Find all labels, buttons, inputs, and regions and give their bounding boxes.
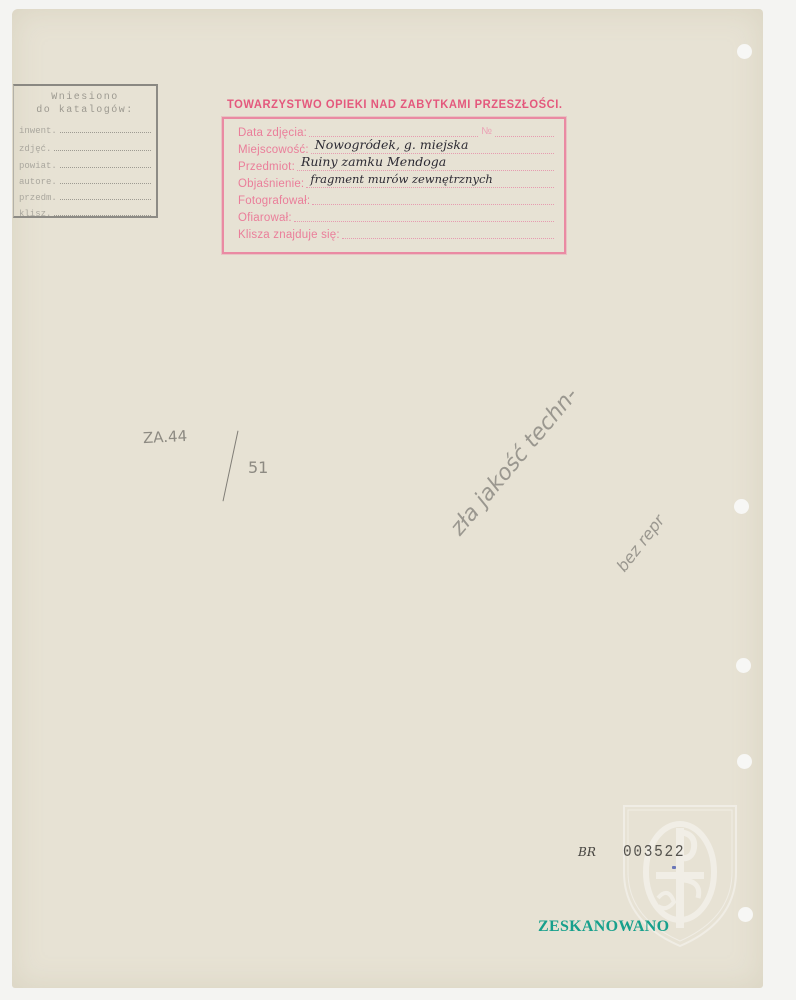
inventory-number: 003522 [623,843,685,862]
catalog-title-line1: Wniesiono [14,91,156,104]
dotted-line [60,183,151,184]
catalog-row-label: przedm. [19,193,57,203]
dotted-line [54,150,151,151]
field-label: Przedmiot: [238,161,295,173]
dotted-line [60,167,151,168]
society-stamp-form: Data zdjęcia: № Miejscowość: Nowogródek,… [222,117,566,254]
catalog-stamp-title: Wniesiono do katalogów: [14,91,156,117]
field-subject: Przedmiot: Ruiny zamku Mendoga [238,157,554,173]
catalog-title-line2: do katalogów: [14,104,156,117]
catalog-row: powiat. [19,159,151,171]
catalog-row-label: inwent. [19,126,57,136]
field-value: Nowogródek, g. miejska [311,139,554,154]
field-description: Objaśnienie: fragment murów zewnętrznych [238,174,554,190]
punch-hole [734,499,749,514]
pencil-code: ZA.44 [143,427,188,447]
punch-hole [738,907,753,922]
punch-hole [737,44,752,59]
inventory-prefix: BR [578,845,596,859]
field-label: Data zdjęcia: [238,127,307,139]
dotted-line [60,199,151,200]
scanned-stamp: ZESKANOWANO [538,918,669,936]
number-label: № [479,126,494,137]
field-photographer: Fotografował: [238,191,554,207]
catalog-row-label: zdjęć. [19,144,51,154]
catalog-row: autore. [19,175,151,187]
field-label: Ofiarował: [238,212,292,224]
field-label: Objaśnienie: [238,178,304,190]
dotted-line [54,215,151,216]
field-value: Ruiny zamku Mendoga [297,156,554,171]
catalog-row: przedm. [19,191,151,203]
punch-hole [737,754,752,769]
field-value [312,190,554,205]
catalog-row-label: powiat. [19,161,57,171]
field-value [342,224,554,239]
dotted-line [60,132,151,133]
field-value [309,122,554,137]
field-value [294,207,554,222]
catalog-stamp: Wniesiono do katalogów: inwent. zdjęć. p… [13,84,158,218]
field-negative-location: Klisza znajduje się: [238,225,554,241]
punch-hole [736,658,751,673]
society-stamp-heading: TOWARZYSTWO OPIEKI NAD ZABYTKAMI PRZESZŁ… [227,97,547,111]
ink-mark [672,866,676,869]
catalog-row-label: autore. [19,177,57,187]
field-label: Fotografował: [238,195,310,207]
field-label: Klisza znajduje się: [238,229,340,241]
field-value: fragment murów zewnętrznych [306,173,554,188]
catalog-row: zdjęć. [19,142,151,154]
pencil-number: 51 [248,458,268,477]
field-donor: Ofiarował: [238,208,554,224]
catalog-row: klisz. [19,207,151,219]
field-label: Miejscowość: [238,144,309,156]
catalog-row: inwent. [19,124,151,136]
catalog-row-label: klisz. [19,209,51,219]
